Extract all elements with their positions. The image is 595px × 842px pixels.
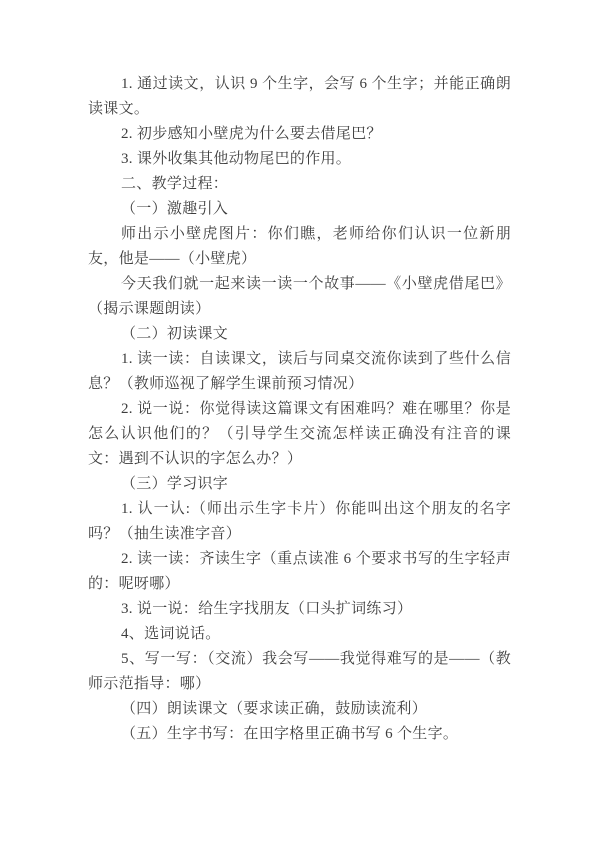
- paragraph: 2. 说一说：你觉得读这篇课文有困难吗？难在哪里？你是怎么认识他们的？（引导学生…: [88, 397, 511, 472]
- subsection-heading-4: （四）朗读课文（要求读正确，鼓励读流利）: [88, 697, 511, 722]
- paragraph: 1. 认一认:（师出示生字卡片）你能叫出这个朋友的名字吗？（抽生读准字音）: [88, 497, 511, 547]
- paragraph: 3. 说一说：给生字找朋友（口头扩词练习）: [88, 597, 511, 622]
- paragraph: 4、选词说话。: [88, 622, 511, 647]
- paragraph: 2. 读一读：齐读生字（重点读准 6 个要求书写的生字轻声的：呢呀哪）: [88, 547, 511, 597]
- paragraph: 今天我们就一起来读一读一个故事——《小壁虎借尾巴》（揭示课题朗读）: [88, 272, 511, 322]
- section-heading-teaching-process: 二、教学过程：: [88, 172, 511, 197]
- paragraph-objective-3: 3. 课外收集其他动物尾巴的作用。: [88, 147, 511, 172]
- subsection-heading-5: （五）生字书写：在田字格里正确书写 6 个生字。: [88, 722, 511, 747]
- document-page: 1. 通过读文，认识 9 个生字，会写 6 个生字；并能正确朗读课文。 2. 初…: [0, 0, 595, 842]
- paragraph: 5、写一写：（交流）我会写——我觉得难写的是——（教师示范指导：哪）: [88, 647, 511, 697]
- paragraph-objective-1: 1. 通过读文，认识 9 个生字，会写 6 个生字；并能正确朗读课文。: [88, 72, 511, 122]
- subsection-heading-2: （二）初读课文: [88, 322, 511, 347]
- subsection-heading-3: （三）学习识字: [88, 472, 511, 497]
- paragraph: 师出示小壁虎图片：你们瞧，老师给你们认识一位新朋友，他是——（小壁虎）: [88, 222, 511, 272]
- document-content: 1. 通过读文，认识 9 个生字，会写 6 个生字；并能正确朗读课文。 2. 初…: [88, 72, 511, 747]
- subsection-heading-1: （一）激趣引入: [88, 197, 511, 222]
- paragraph-objective-2: 2. 初步感知小壁虎为什么要去借尾巴？: [88, 122, 511, 147]
- paragraph: 1. 读一读：自读课文，读后与同桌交流你读到了些什么信息？（教师巡视了解学生课前…: [88, 347, 511, 397]
